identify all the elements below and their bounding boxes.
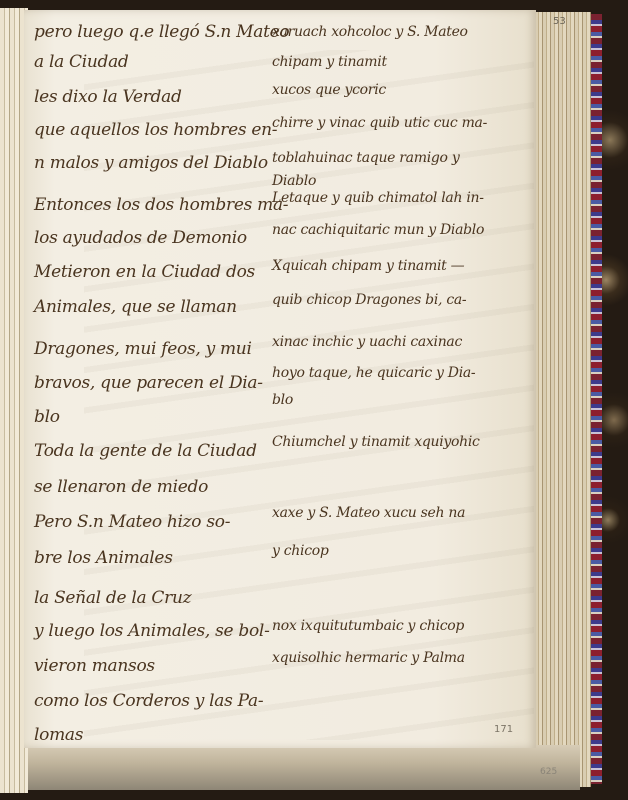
spanish-line: y luego los Animales, se bol- (34, 621, 270, 641)
kiche-line: toblahuinac taque ramigo y (272, 150, 459, 166)
spanish-line: n malos y amigos del Diablo (34, 153, 268, 173)
spanish-line: pero luego q.e llegó S.n Mateo (34, 22, 289, 42)
spanish-line: a la Ciudad (34, 52, 129, 72)
kiche-line: xaruach xohcoloc y S. Mateo (272, 24, 468, 40)
spanish-line: la Señal de la Cruz (34, 588, 191, 608)
kiche-line: nac cachiquitaric mun y Diablo (272, 222, 484, 238)
spanish-line: bre los Animales (34, 548, 173, 568)
page-bottom-edge (20, 745, 580, 790)
spanish-line: como los Corderos y las Pa- (34, 691, 263, 711)
spanish-line: Animales, que se llaman (34, 297, 237, 317)
kiche-line: y chicop (272, 543, 329, 559)
kiche-line: Letaque y quib chimatol lah in- (272, 190, 484, 206)
kiche-line: Diablo (272, 173, 316, 189)
folio-number-bottom: 171 (494, 724, 513, 735)
kiche-line: xinac inchic y uachi caxinac (272, 334, 462, 350)
spanish-line: que aquellos los hombres en- (34, 120, 277, 140)
kiche-line: xucos que ycoric (272, 82, 386, 98)
kiche-line: chipam y tinamit (272, 54, 387, 70)
kiche-line: hoyo taque, he quicaric y Dia- (272, 365, 475, 381)
spanish-line: vieron mansos (34, 656, 155, 676)
spanish-line: lomas (34, 725, 83, 745)
spanish-line: blo (34, 407, 60, 427)
folio-number-top: 53 (553, 16, 566, 27)
page-block-edges (535, 12, 591, 787)
kiche-line: blo (272, 392, 293, 408)
kiche-line: xaxe y S. Mateo xucu seh na (272, 505, 465, 521)
kiche-line: xquisolhic hermaric y Palma (272, 650, 465, 666)
spanish-line: Metieron en la Ciudad dos (34, 262, 255, 282)
spanish-line: Entonces los dos hombres ma- (34, 195, 288, 215)
stamp-number: 625 (540, 767, 557, 777)
spanish-line: Pero S.n Mateo hizo so- (34, 512, 230, 532)
spanish-line: se llenaron de miedo (34, 477, 208, 497)
spanish-line: les dixo la Verdad (34, 87, 182, 107)
spanish-line: Toda la gente de la Ciudad (34, 441, 257, 461)
spanish-line: bravos, que parecen el Dia- (34, 373, 263, 393)
kiche-line: Xquicah chipam y tinamit — (272, 258, 464, 274)
kiche-line: Chiumchel y tinamit xquiyohic (272, 434, 480, 450)
marbled-edge-strip (591, 14, 602, 784)
spanish-line: los ayudados de Demonio (34, 228, 247, 248)
kiche-line: nox ixquitutumbaic y chicop (272, 618, 464, 634)
spanish-line: Dragones, mui feos, y mui (34, 339, 252, 359)
kiche-line: chirre y vinac quib utic cuc ma- (272, 115, 487, 131)
kiche-line: quib chicop Dragones bi, ca- (272, 292, 466, 308)
